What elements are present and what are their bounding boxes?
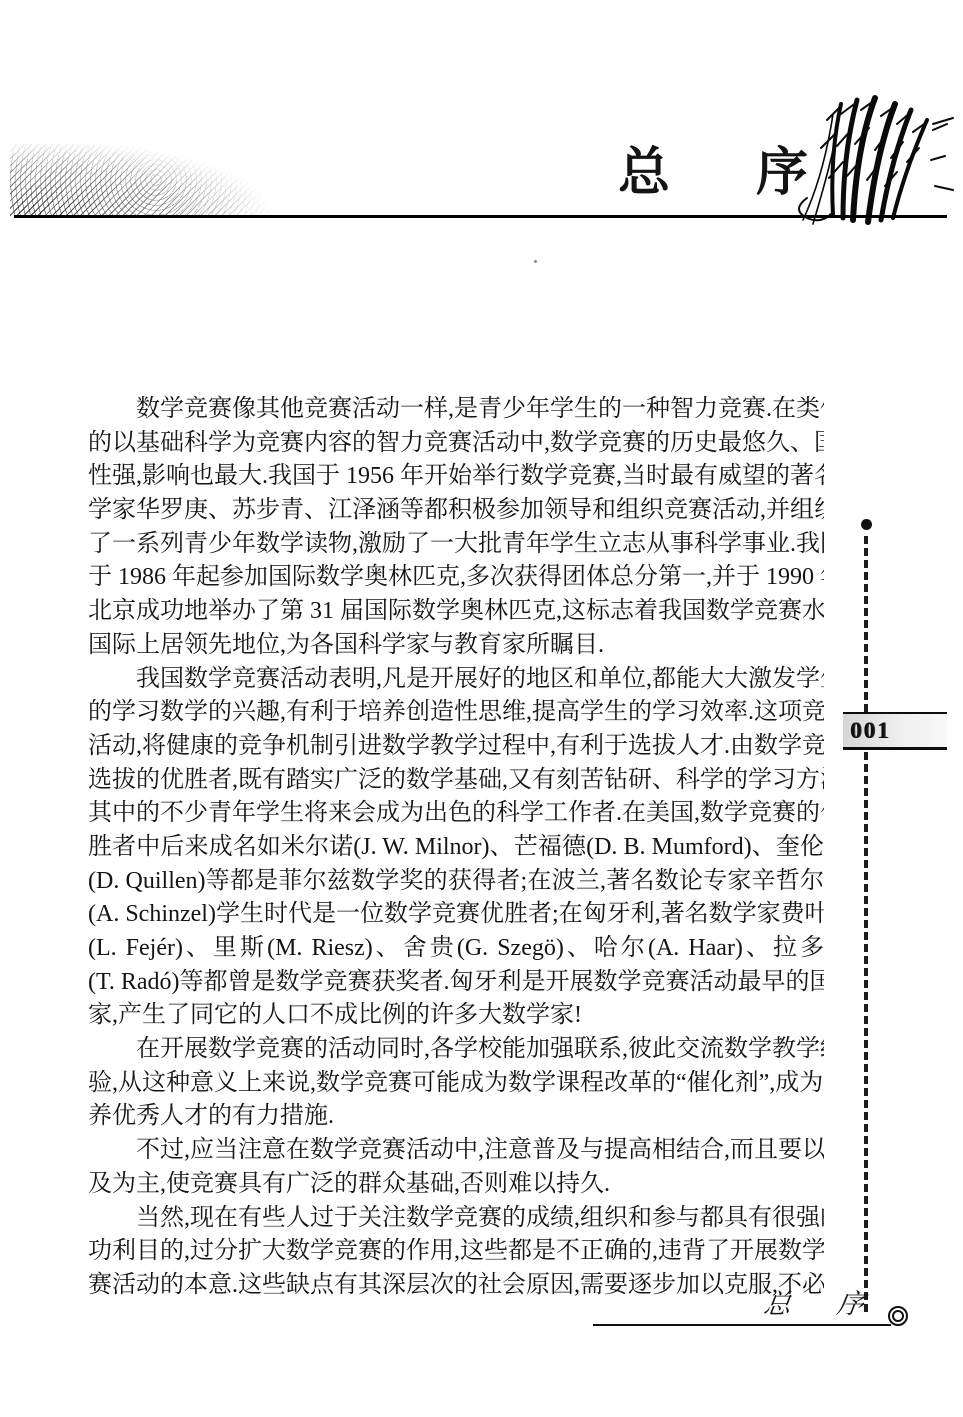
- text-line: 其中的不少青年学生将来会成为出色的科学工作者.在美国,数学竞赛的优: [88, 797, 824, 831]
- footer-title-char: 总: [762, 1288, 794, 1320]
- text-line: 及为主,使竞赛具有广泛的群众基础,否则难以持久.: [88, 1168, 824, 1202]
- double-circle-end-mark-icon: [888, 1306, 908, 1326]
- text-line: 国际上居领先地位,为各国科学家与教育家所瞩目.: [88, 629, 824, 663]
- text-line: (A. Schinzel)学生时代是一位数学竞赛优胜者;在匈牙利,著名数学家费叶…: [88, 898, 824, 932]
- text-line: 验,从这种意义上来说,数学竞赛可能成为数学课程改革的“催化剂”,成为培: [88, 1067, 824, 1101]
- text-line: 不过,应当注意在数学竞赛活动中,注意普及与提高相结合,而且要以普: [88, 1134, 824, 1168]
- text-line: 北京成功地举办了第 31 届国际数学奥林匹克,这标志着我国数学竞赛水平在: [88, 595, 824, 629]
- header-rule: [14, 215, 947, 218]
- text-line: 当然,现在有些人过于关注数学竞赛的成绩,组织和参与都具有很强的: [88, 1202, 824, 1236]
- text-line: (T. Radó)等都曾是数学竞赛获奖者.匈牙利是开展数学竞赛活动最早的国: [88, 966, 824, 1000]
- footer-running-title: 总 序: [762, 1288, 897, 1320]
- text-line: (L. Fejér)、里斯(M. Riesz)、舍贵(G. Szegö)、哈尔(…: [88, 932, 824, 966]
- text-line: 性强,影响也最大.我国于 1956 年开始举行数学竞赛,当时最有威望的著名数: [88, 460, 824, 494]
- bullet-dot-icon: [861, 519, 872, 530]
- text-line: 的学习数学的兴趣,有利于培养创造性思维,提高学生的学习效率.这项竞赛: [88, 696, 824, 730]
- text-line: 学家华罗庚、苏步青、江泽涵等都积极参加领导和组织竞赛活动,并组织出版: [88, 494, 824, 528]
- text-line: 在开展数学竞赛的活动同时,各学校能加强联系,彼此交流数学教学经: [88, 1033, 824, 1067]
- text-line: (D. Quillen)等都是菲尔兹数学奖的获得者;在波兰,著名数论专家辛哲尔: [88, 865, 824, 899]
- text-line: 胜者中后来成名如米尔诺(J. W. Milnor)、芒福德(D. B. Mumf…: [88, 831, 824, 865]
- dashed-rule-icon: [864, 536, 868, 1312]
- text-line: 的以基础科学为竞赛内容的智力竞赛活动中,数学竞赛的历史最悠久、国际: [88, 427, 824, 461]
- text-line: 于 1986 年起参加国际数学奥林匹克,多次获得团体总分第一,并于 1990 年…: [88, 561, 824, 595]
- text-line: 赛活动的本意.这些缺点有其深层次的社会原因,需要逐步加以克服,不必因: [88, 1269, 824, 1303]
- text-line: 数学竞赛像其他竞赛活动一样,是青少年学生的一种智力竞赛.在类似: [88, 393, 824, 427]
- footer-rule: [593, 1324, 891, 1326]
- text-line: 家,产生了同它的人口不成比例的许多大数学家!: [88, 999, 824, 1033]
- book-page: 总 序: [0, 0, 963, 1417]
- text-line: 养优秀人才的有力措施.: [88, 1100, 824, 1134]
- footer-title-char: 序: [835, 1288, 867, 1320]
- body-text: 数学竞赛像其他竞赛活动一样,是青少年学生的一种智力竞赛.在类似的以基础科学为竞赛…: [88, 393, 824, 1303]
- text-line: 选拔的优胜者,既有踏实广泛的数学基础,又有刻苦钻研、科学的学习方法,: [88, 764, 824, 798]
- halftone-smudge-icon: [10, 144, 302, 216]
- page-title-char: 总: [618, 148, 670, 200]
- text-line: 了一系列青少年数学读物,激励了一大批青年学生立志从事科学事业.我国: [88, 528, 824, 562]
- text-line: 功利目的,过分扩大数学竞赛的作用,这些都是不正确的,违背了开展数学竞: [88, 1235, 824, 1269]
- reed-grass-illustration-icon: [783, 90, 955, 226]
- text-line: 我国数学竞赛活动表明,凡是开展好的地区和单位,都能大大激发学生: [88, 663, 824, 697]
- text-line: 活动,将健康的竞争机制引进数学教学过程中,有利于选拔人才.由数学竞赛: [88, 730, 824, 764]
- page-number: 001: [843, 718, 891, 744]
- page-number-tab: 001: [843, 712, 947, 750]
- scan-speck: [534, 260, 537, 263]
